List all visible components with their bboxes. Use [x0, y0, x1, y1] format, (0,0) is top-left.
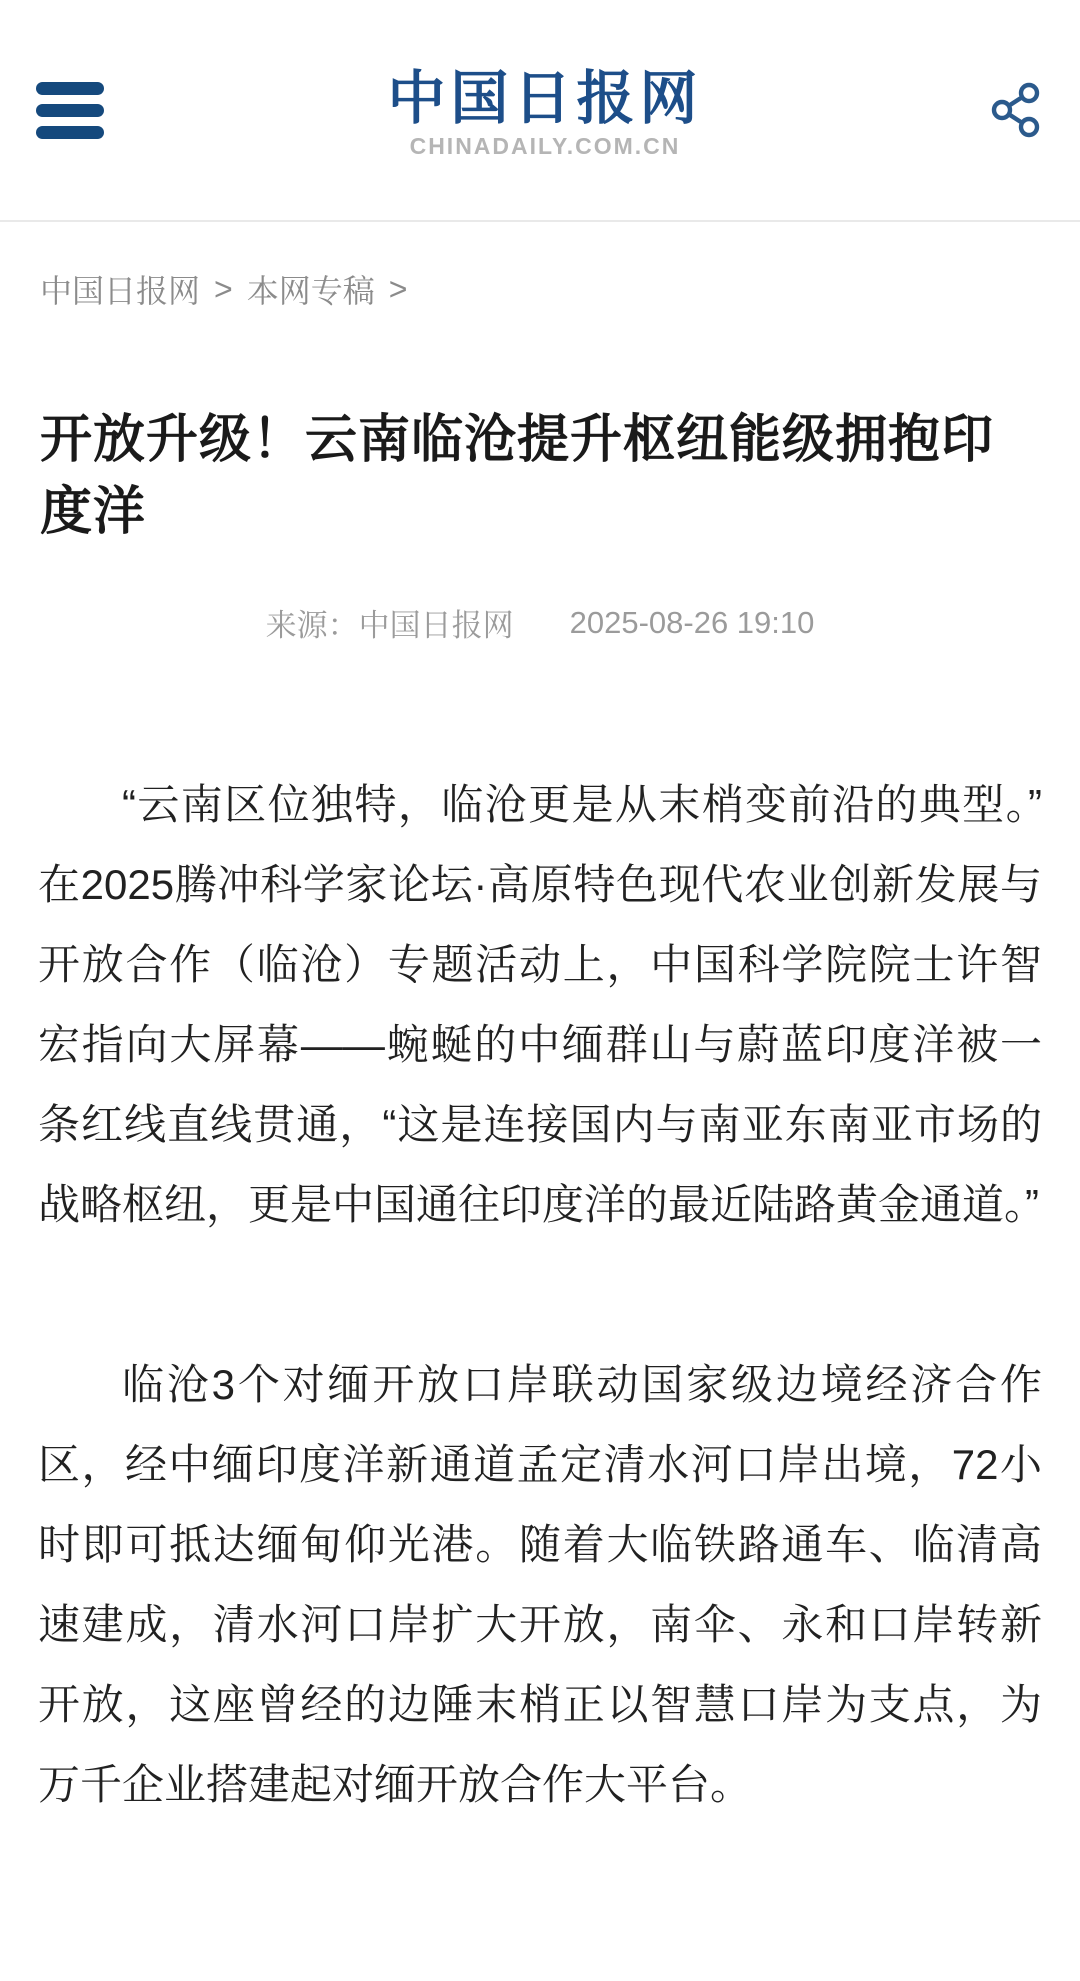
article-paragraph: “云南区位独特，临沧更是从末梢变前沿的典型。”在2025腾冲科学家论坛·高原特色…	[38, 765, 1042, 1245]
article-title: 开放升级！云南临沧提升枢纽能级拥抱印度洋	[40, 404, 1040, 548]
header: 中国日报网 CHINADAILY.COM.CN	[0, 0, 1080, 222]
hamburger-bar	[36, 82, 104, 95]
site-logo[interactable]: 中国日报网 CHINADAILY.COM.CN	[104, 67, 986, 160]
article-datetime: 2025-08-26 19:10	[570, 605, 815, 641]
breadcrumb-link-section[interactable]: 本网专稿	[247, 266, 375, 312]
breadcrumb-separator: >	[389, 271, 408, 308]
article-body: “云南区位独特，临沧更是从末梢变前沿的典型。”在2025腾冲科学家论坛·高原特色…	[38, 765, 1042, 1825]
share-button[interactable]	[986, 79, 1044, 141]
site-logo-text: 中国日报网	[387, 67, 702, 129]
hamburger-bar	[36, 104, 104, 117]
hamburger-bar	[36, 126, 104, 139]
site-logo-domain: CHINADAILY.COM.CN	[410, 133, 681, 160]
breadcrumb-separator: >	[214, 271, 233, 308]
article-meta: 来源：中国日报网 2025-08-26 19:10	[0, 600, 1080, 645]
article-paragraph: 临沧3个对缅开放口岸联动国家级边境经济合作区，经中缅印度洋新通道孟定清水河口岸出…	[38, 1345, 1042, 1825]
breadcrumb: 中国日报网 > 本网专稿 >	[40, 266, 1040, 312]
page: 中国日报网 CHINADAILY.COM.CN 中国日报网 > 本网专稿 > 开…	[0, 0, 1080, 1981]
article-source: 来源：中国日报网	[266, 600, 514, 645]
share-icon	[987, 80, 1043, 140]
breadcrumb-link-home[interactable]: 中国日报网	[40, 266, 200, 312]
hamburger-menu-icon[interactable]	[36, 82, 104, 139]
